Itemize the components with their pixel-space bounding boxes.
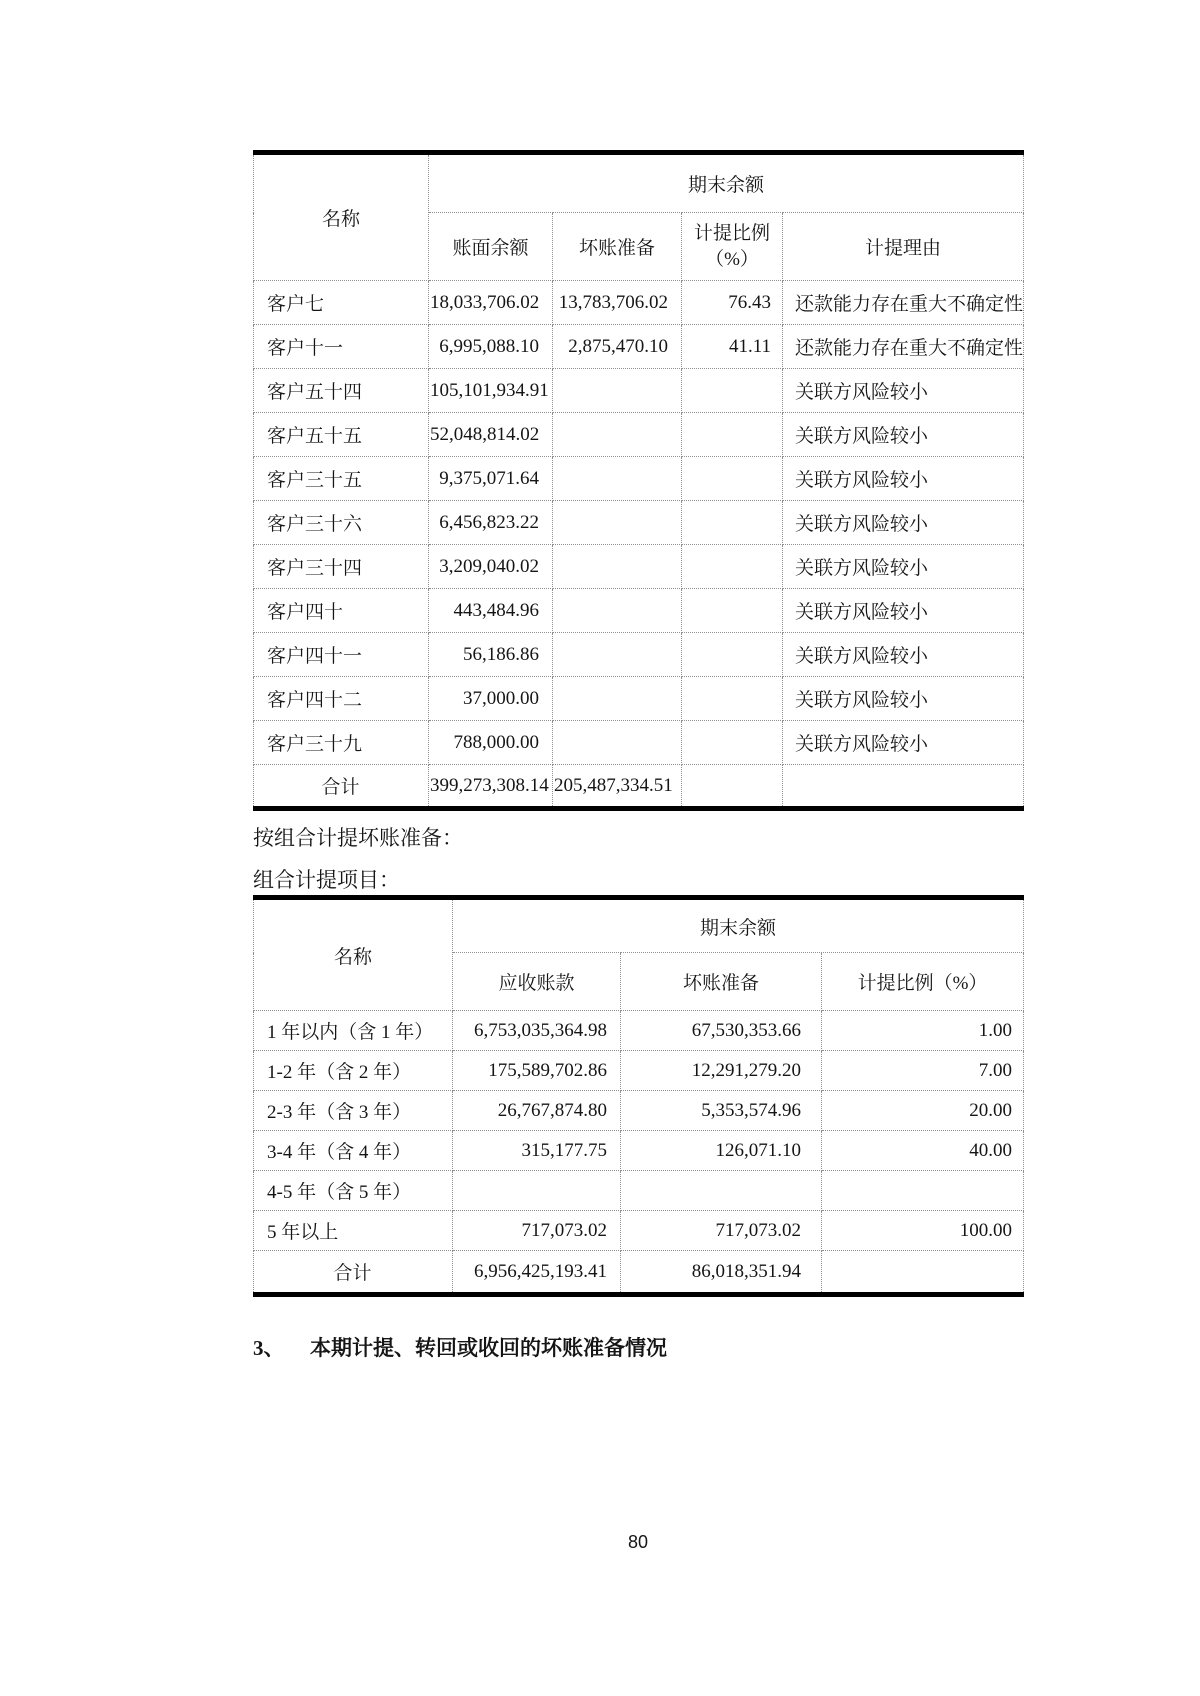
cell-reason: 关联方风险较小: [783, 413, 1024, 457]
table-header-row: 名称 期末余额: [254, 898, 1024, 953]
cell-ratio: [682, 501, 783, 545]
cell-book-balance: 105,101,934.91: [429, 369, 553, 413]
cell-reason: [783, 765, 1024, 809]
table-row: 客户七 18,033,706.02 13,783,706.02 76.43 还款…: [254, 281, 1024, 325]
cell-book-balance: 443,484.96: [429, 589, 553, 633]
cell-ratio: [682, 413, 783, 457]
cell-customer-name: 客户四十一: [254, 633, 429, 677]
cell-bad-debt: [553, 677, 682, 721]
cell-aging-band: 2-3 年（含 3 年）: [254, 1091, 453, 1131]
section-line-portfolio-items: 组合计提项目：: [253, 864, 400, 894]
cell-ratio: 76.43: [682, 281, 783, 325]
cell-book-balance: 37,000.00: [429, 677, 553, 721]
cell-book-balance: 6,456,823.22: [429, 501, 553, 545]
cell-reason: 还款能力存在重大不确定性: [783, 281, 1024, 325]
table-row: 客户三十九 788,000.00 关联方风险较小: [254, 721, 1024, 765]
cell-ratio: [822, 1171, 1024, 1211]
cell-aging-band: 1 年以内（含 1 年）: [254, 1011, 453, 1051]
cell-bad-debt: 12,291,279.20: [621, 1051, 822, 1091]
col-header-bad-debt: 坏账准备: [553, 213, 682, 281]
cell-book-balance: 18,033,706.02: [429, 281, 553, 325]
cell-bad-debt: [553, 545, 682, 589]
table-row: 客户五十四 105,101,934.91 关联方风险较小: [254, 369, 1024, 413]
cell-ratio: [682, 721, 783, 765]
cell-bad-debt: [553, 721, 682, 765]
table-row: 1 年以内（含 1 年） 6,753,035,364.98 67,530,353…: [254, 1011, 1024, 1051]
table-row: 客户四十二 37,000.00 关联方风险较小: [254, 677, 1024, 721]
cell-bad-debt: 2,875,470.10: [553, 325, 682, 369]
cell-bad-debt: [621, 1171, 822, 1211]
cell-bad-debt: 13,783,706.02: [553, 281, 682, 325]
cell-receivables: 717,073.02: [453, 1211, 621, 1251]
table-row: 客户四十 443,484.96 关联方风险较小: [254, 589, 1024, 633]
cell-customer-name: 客户五十四: [254, 369, 429, 413]
cell-receivables: 175,589,702.86: [453, 1051, 621, 1091]
table-row: 客户四十一 56,186.86 关联方风险较小: [254, 633, 1024, 677]
col-header-receivables: 应收账款: [453, 953, 621, 1011]
table-row: 2-3 年（含 3 年） 26,767,874.80 5,353,574.96 …: [254, 1091, 1024, 1131]
cell-ratio: [682, 545, 783, 589]
table-row: 3-4 年（含 4 年） 315,177.75 126,071.10 40.00: [254, 1131, 1024, 1171]
cell-aging-band: 1-2 年（含 2 年）: [254, 1051, 453, 1091]
ratio-header-line1: 计提比例: [683, 221, 781, 247]
cell-reason: 关联方风险较小: [783, 501, 1024, 545]
cell-reason: 还款能力存在重大不确定性: [783, 325, 1024, 369]
table-row: 客户三十四 3,209,040.02 关联方风险较小: [254, 545, 1024, 589]
table-row: 4-5 年（含 5 年）: [254, 1171, 1024, 1211]
cell-book-balance: 6,995,088.10: [429, 325, 553, 369]
cell-aging-band: 5 年以上: [254, 1211, 453, 1251]
cell-ratio: [822, 1251, 1024, 1295]
cell-customer-name: 客户四十: [254, 589, 429, 633]
cell-reason: 关联方风险较小: [783, 721, 1024, 765]
cell-book-balance-total: 399,273,308.14: [429, 765, 553, 809]
cell-total-label: 合计: [254, 1251, 453, 1295]
cell-ratio: [682, 633, 783, 677]
col-header-ratio: 计提比例（%）: [822, 953, 1024, 1011]
cell-ratio: 7.00: [822, 1051, 1024, 1091]
cell-aging-band: 4-5 年（含 5 年）: [254, 1171, 453, 1211]
table-row: 客户十一 6,995,088.10 2,875,470.10 41.11 还款能…: [254, 325, 1024, 369]
cell-receivables-total: 6,956,425,193.41: [453, 1251, 621, 1295]
cell-receivables: 26,767,874.80: [453, 1091, 621, 1131]
cell-bad-debt: 126,071.10: [621, 1131, 822, 1171]
col-header-ratio: 计提比例 （%）: [682, 213, 783, 281]
table-row: 5 年以上 717,073.02 717,073.02 100.00: [254, 1211, 1024, 1251]
cell-bad-debt-total: 205,487,334.51: [553, 765, 682, 809]
document-page: 名称 期末余额 账面余额 坏账准备 计提比例 （%） 计提理由 客户七 18,0…: [0, 0, 1200, 1696]
col-header-name: 名称: [254, 153, 429, 281]
cell-receivables: 6,753,035,364.98: [453, 1011, 621, 1051]
cell-bad-debt-total: 86,018,351.94: [621, 1251, 822, 1295]
table-total-row: 合计 399,273,308.14 205,487,334.51: [254, 765, 1024, 809]
cell-book-balance: 52,048,814.02: [429, 413, 553, 457]
cell-customer-name: 客户三十六: [254, 501, 429, 545]
cell-ratio: [682, 677, 783, 721]
cell-ratio: [682, 369, 783, 413]
col-header-reason: 计提理由: [783, 213, 1024, 281]
table-row: 客户三十六 6,456,823.22 关联方风险较小: [254, 501, 1024, 545]
col-header-ending-balance: 期末余额: [453, 898, 1024, 953]
cell-bad-debt: [553, 501, 682, 545]
cell-bad-debt: [553, 633, 682, 677]
cell-reason: 关联方风险较小: [783, 677, 1024, 721]
table-header-row: 名称 期末余额: [254, 153, 1024, 213]
heading-number: 3、: [253, 1332, 310, 1362]
cell-book-balance: 56,186.86: [429, 633, 553, 677]
cell-customer-name: 客户三十九: [254, 721, 429, 765]
cell-book-balance: 788,000.00: [429, 721, 553, 765]
col-header-book-balance: 账面余额: [429, 213, 553, 281]
col-header-name: 名称: [254, 898, 453, 1011]
cell-bad-debt: [553, 369, 682, 413]
cell-total-label: 合计: [254, 765, 429, 809]
cell-reason: 关联方风险较小: [783, 545, 1024, 589]
portfolio-provision-table: 名称 期末余额 应收账款 坏账准备 计提比例（%） 1 年以内（含 1 年） 6…: [253, 895, 1024, 1297]
cell-bad-debt: [553, 413, 682, 457]
cell-receivables: [453, 1171, 621, 1211]
table-row: 客户五十五 52,048,814.02 关联方风险较小: [254, 413, 1024, 457]
cell-customer-name: 客户七: [254, 281, 429, 325]
col-header-ending-balance: 期末余额: [429, 153, 1024, 213]
ratio-header-line2: （%）: [683, 247, 781, 273]
cell-ratio: 40.00: [822, 1131, 1024, 1171]
cell-book-balance: 9,375,071.64: [429, 457, 553, 501]
heading-text: 本期计提、转回或收回的坏账准备情况: [310, 1336, 667, 1360]
cell-bad-debt: [553, 457, 682, 501]
table-row: 1-2 年（含 2 年） 175,589,702.86 12,291,279.2…: [254, 1051, 1024, 1091]
cell-bad-debt: 5,353,574.96: [621, 1091, 822, 1131]
cell-aging-band: 3-4 年（含 4 年）: [254, 1131, 453, 1171]
page-number: 80: [253, 1532, 1023, 1553]
cell-reason: 关联方风险较小: [783, 589, 1024, 633]
col-header-bad-debt: 坏账准备: [621, 953, 822, 1011]
cell-reason: 关联方风险较小: [783, 633, 1024, 677]
cell-customer-name: 客户四十二: [254, 677, 429, 721]
cell-bad-debt: 717,073.02: [621, 1211, 822, 1251]
cell-reason: 关联方风险较小: [783, 369, 1024, 413]
cell-ratio: 100.00: [822, 1211, 1024, 1251]
section-heading-3: 3、本期计提、转回或收回的坏账准备情况: [253, 1332, 667, 1362]
cell-ratio: 20.00: [822, 1091, 1024, 1131]
individual-provision-table: 名称 期末余额 账面余额 坏账准备 计提比例 （%） 计提理由 客户七 18,0…: [253, 150, 1024, 811]
cell-customer-name: 客户三十五: [254, 457, 429, 501]
cell-reason: 关联方风险较小: [783, 457, 1024, 501]
cell-ratio: 41.11: [682, 325, 783, 369]
cell-customer-name: 客户五十五: [254, 413, 429, 457]
cell-customer-name: 客户十一: [254, 325, 429, 369]
cell-receivables: 315,177.75: [453, 1131, 621, 1171]
table-total-row: 合计 6,956,425,193.41 86,018,351.94: [254, 1251, 1024, 1295]
cell-customer-name: 客户三十四: [254, 545, 429, 589]
cell-ratio: 1.00: [822, 1011, 1024, 1051]
cell-bad-debt: 67,530,353.66: [621, 1011, 822, 1051]
cell-ratio: [682, 457, 783, 501]
section-line-portfolio-provision: 按组合计提坏账准备：: [253, 822, 463, 852]
cell-ratio: [682, 589, 783, 633]
cell-bad-debt: [553, 589, 682, 633]
cell-ratio: [682, 765, 783, 809]
table-row: 客户三十五 9,375,071.64 关联方风险较小: [254, 457, 1024, 501]
cell-book-balance: 3,209,040.02: [429, 545, 553, 589]
